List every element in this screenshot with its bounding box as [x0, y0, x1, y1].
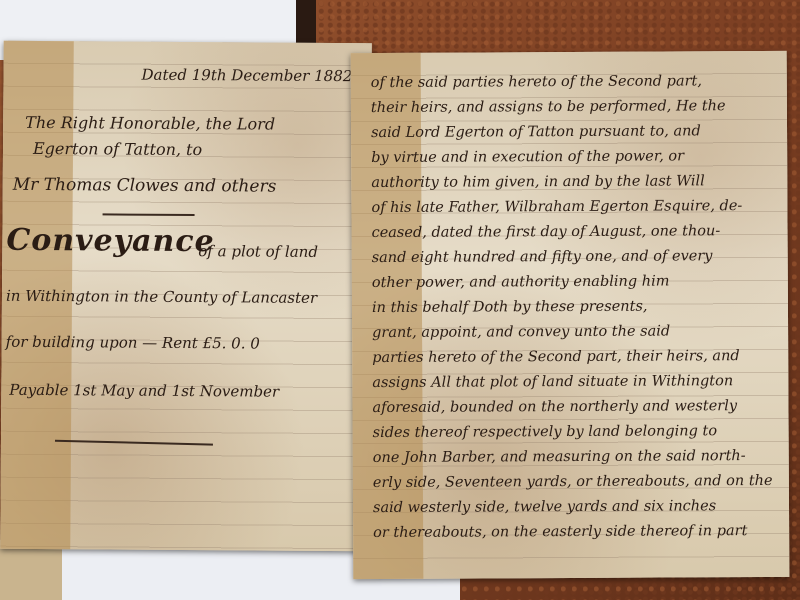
closing-divider: [55, 440, 213, 445]
text-line: erly side, Seventeen yards, or thereabou…: [373, 473, 773, 491]
text-line: their heirs, and assigns to be performed…: [371, 98, 726, 116]
text-line: of the said parties hereto of the Second…: [371, 73, 702, 91]
divider: [103, 213, 195, 216]
text-line: parties hereto of the Second part, their…: [372, 348, 740, 366]
text-line: or thereabouts, on the easterly side the…: [373, 523, 747, 541]
description-line-4: Payable 1st May and 1st November: [9, 381, 279, 401]
text-line: authority to him given, in and by the la…: [371, 173, 705, 191]
description-line-2: in Withington in the County of Lancaster: [6, 287, 317, 307]
parties-line-3: Mr Thomas Clowes and others: [13, 175, 277, 197]
text-line: sand eight hundred and fifty one, and of…: [372, 248, 713, 266]
text-line: other power, and authority enabling him: [372, 273, 670, 291]
text-line: grant, appoint, and convey unto the said: [372, 323, 670, 341]
text-line: said westerly side, twelve yards and six…: [373, 498, 716, 516]
text-line: of his late Father, Wilbraham Egerton Es…: [371, 198, 742, 216]
text-line: assigns All that plot of land situate in…: [372, 373, 733, 391]
text-line: said Lord Egerton of Tatton pursuant to,…: [371, 123, 701, 141]
background-shadow: [296, 0, 316, 45]
document-title: Conveyance: [6, 223, 215, 259]
description-line-3: for building upon — Rent £5. 0. 0: [6, 333, 260, 353]
text-line: ceased, dated the first day of August, o…: [372, 223, 721, 241]
left-page: Dated 19th December 1882 The Right Honor…: [0, 41, 372, 552]
parties-line-1: The Right Honorable, the Lord: [25, 113, 275, 134]
text-line: by virtue and in execution of the power,…: [371, 148, 684, 166]
date-line: Dated 19th December 1882: [141, 66, 352, 85]
text-line: in this behalf Doth by these presents,: [372, 299, 648, 316]
text-line: aforesaid, bounded on the northerly and …: [372, 398, 737, 416]
right-page: of the said parties hereto of the Second…: [351, 51, 790, 579]
text-line: sides thereof respectively by land belon…: [373, 423, 718, 441]
text-line: one John Barber, and measuring on the sa…: [373, 448, 746, 466]
description-line-1: of a plot of land: [198, 242, 318, 261]
parties-line-2: Egerton of Tatton, to: [33, 139, 202, 159]
